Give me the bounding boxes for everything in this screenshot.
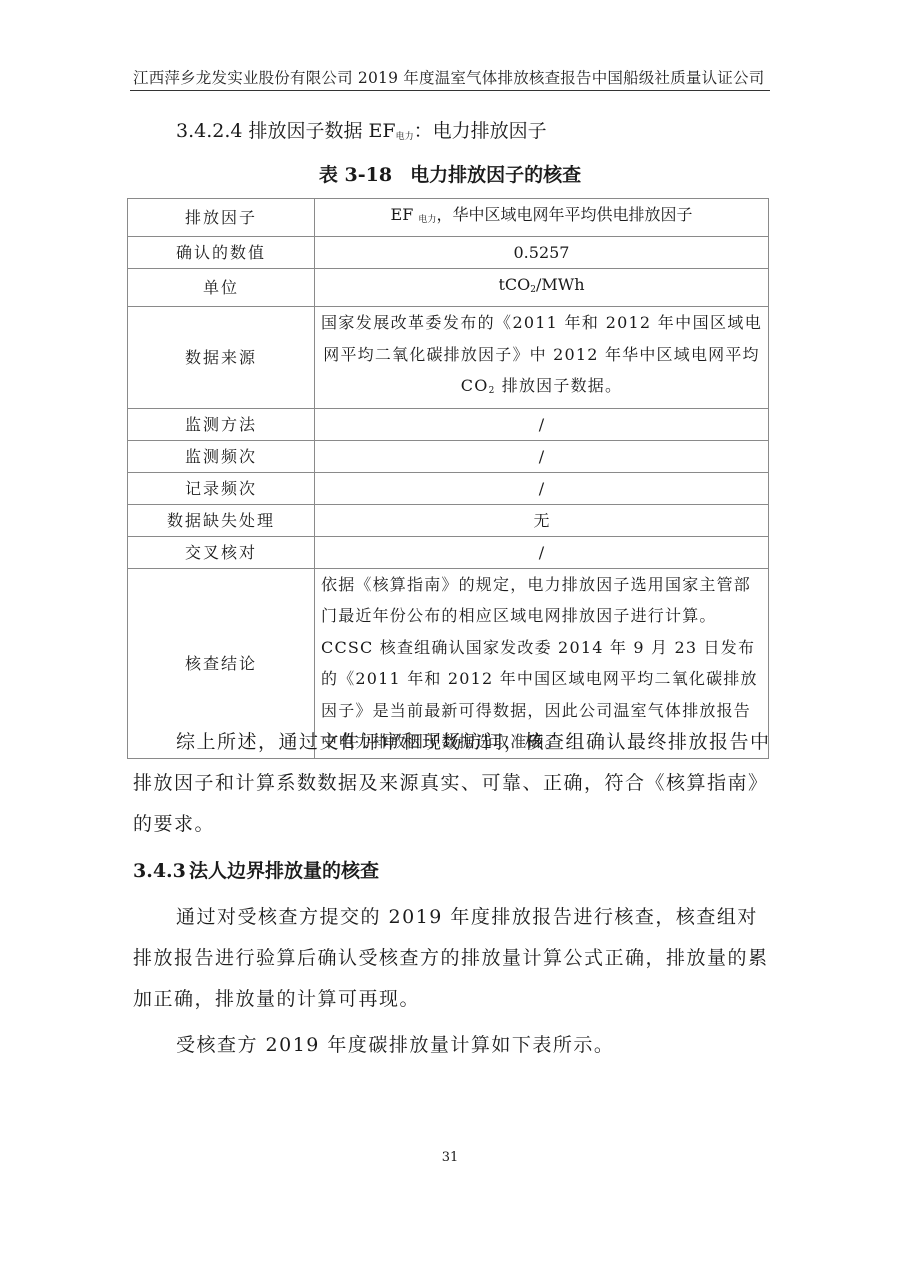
value-subscript: 2 bbox=[489, 386, 496, 396]
body-paragraph: 受核查方 2019 年度碳排放量计算如下表所示。 bbox=[133, 1025, 773, 1066]
table-row: 数据缺失处理 无 bbox=[128, 504, 769, 536]
row-key: 排放因子 bbox=[128, 199, 315, 237]
subsection-title: 法人边界排放量的核查 bbox=[189, 860, 379, 882]
row-key: 交叉核对 bbox=[128, 536, 315, 568]
value-subscript: 电力 bbox=[418, 215, 436, 225]
value-prefix: EF bbox=[391, 205, 414, 224]
row-value: EF 电力，华中区域电网年平均供电排放因子 bbox=[315, 199, 769, 237]
row-value: / bbox=[315, 440, 769, 472]
section-heading-suffix: ：电力排放因子 bbox=[414, 120, 547, 142]
value-prefix: tCO bbox=[498, 275, 530, 294]
subsection-heading: 3.4.3法人边界排放量的核查 bbox=[133, 856, 379, 883]
value-text: 国家发展改革委发布的《2011 年和 2012 年中国区域电网平均二氧化碳排放因… bbox=[321, 313, 762, 364]
row-value: / bbox=[315, 536, 769, 568]
value-suffix: 排放因子数据。 bbox=[496, 376, 623, 395]
table-caption-label: 表 3-18 bbox=[319, 164, 392, 186]
running-header: 江西萍乡龙发实业股份有限公司 2019 年度温室气体排放核查报告中国船级社质量认… bbox=[133, 66, 769, 88]
table-row: 交叉核对 / bbox=[128, 536, 769, 568]
table-row: 排放因子 EF 电力，华中区域电网年平均供电排放因子 bbox=[128, 199, 769, 237]
page-number: 31 bbox=[0, 1150, 900, 1165]
row-key: 记录频次 bbox=[128, 472, 315, 504]
row-value: 无 bbox=[315, 504, 769, 536]
row-value: 0.5257 bbox=[315, 237, 769, 269]
section-heading-prefix: 3.4.2.4 排放因子数据 EF bbox=[176, 120, 396, 142]
row-key: 监测频次 bbox=[128, 440, 315, 472]
header-divider bbox=[130, 90, 770, 91]
row-value: / bbox=[315, 408, 769, 440]
row-key: 单位 bbox=[128, 269, 315, 307]
table-row: 数据来源 国家发展改革委发布的《2011 年和 2012 年中国区域电网平均二氧… bbox=[128, 307, 769, 409]
section-heading: 3.4.2.4 排放因子数据 EF电力：电力排放因子 bbox=[176, 116, 547, 143]
emission-factor-table: 排放因子 EF 电力，华中区域电网年平均供电排放因子 确认的数值 0.5257 … bbox=[127, 198, 769, 759]
row-value: 国家发展改革委发布的《2011 年和 2012 年中国区域电网平均二氧化碳排放因… bbox=[315, 307, 769, 409]
value-suffix: ，华中区域电网年平均供电排放因子 bbox=[436, 205, 692, 224]
row-key: 确认的数值 bbox=[128, 237, 315, 269]
section-heading-subscript: 电力 bbox=[396, 132, 414, 142]
table-row: 确认的数值 0.5257 bbox=[128, 237, 769, 269]
row-key: 监测方法 bbox=[128, 408, 315, 440]
value-prefix: CO bbox=[461, 376, 489, 395]
table-row: 监测方法 / bbox=[128, 408, 769, 440]
row-value: tCO2/MWh bbox=[315, 269, 769, 307]
row-key: 数据来源 bbox=[128, 307, 315, 409]
table-caption: 表 3-18电力排放因子的核查 bbox=[0, 160, 900, 187]
table-row: 单位 tCO2/MWh bbox=[128, 269, 769, 307]
body-paragraph: 通过对受核查方提交的 2019 年度排放报告进行核查，核查组对排放报告进行验算后… bbox=[133, 897, 773, 1020]
table-row: 监测频次 / bbox=[128, 440, 769, 472]
summary-paragraph: 综上所述，通过文件评审和现场访问，核查组确认最终排放报告中排放因子和计算系数数据… bbox=[133, 722, 773, 845]
table-caption-title: 电力排放因子的核查 bbox=[410, 164, 581, 186]
row-value: / bbox=[315, 472, 769, 504]
row-key: 数据缺失处理 bbox=[128, 504, 315, 536]
value-suffix: /MWh bbox=[536, 275, 585, 294]
subsection-number: 3.4.3 bbox=[133, 860, 189, 882]
table-row: 记录频次 / bbox=[128, 472, 769, 504]
